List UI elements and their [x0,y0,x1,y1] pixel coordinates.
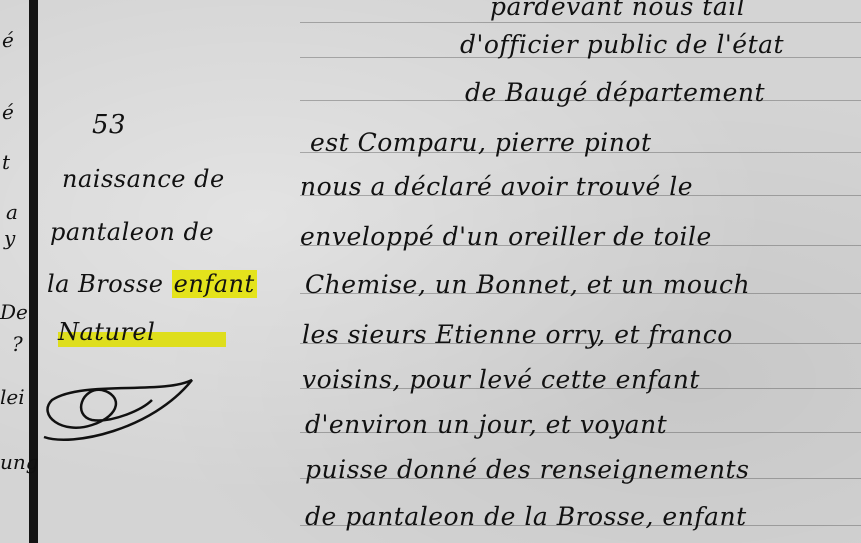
edge-fragment: é [2,100,14,124]
edge-fragment: t [2,150,10,174]
edge-fragment: y [4,226,15,250]
edge-fragment: De [0,300,28,324]
ruled-line [300,22,861,23]
body-line-4: est Comparu, pierre pinot [310,128,652,157]
document-page: é é t a y De ? lei ung 53 naissance de p… [0,0,861,543]
margin-line-4: Naturel [58,318,155,346]
signature-flourish-icon [42,375,202,445]
highlighted-word: enfant [172,270,257,298]
body-line-6: enveloppé d'un oreiller de toile [300,222,712,251]
edge-fragment: é [2,28,14,52]
margin-line-1: naissance de [62,165,225,193]
body-line-8: les sieurs Etienne orry, et franco [302,320,733,349]
edge-fragment: ung [0,450,39,474]
body-line-7: Chemise, un Bonnet, et un mouch [305,270,750,299]
body-line-1: pardevant nous tail [490,0,745,21]
entry-number: 53 [92,110,126,140]
body-line-10: d'environ un jour, et voyant [305,410,667,439]
body-line-12: de pantaleon de la Brosse, enfant [305,502,747,531]
margin-line-2: pantaleon de [50,218,214,246]
body-line-2: d'officier public de l'état [460,30,784,59]
edge-fragment: lei [0,385,25,409]
edge-fragment: ? [12,332,23,356]
body-line-11: puisse donné des renseignements [305,455,749,484]
body-line-9: voisins, pour levé cette enfant [302,365,700,394]
body-line-5: nous a déclaré avoir trouvé le [300,172,693,201]
margin-line-3: la Brosse enfant [47,270,257,298]
edge-fragment: a [6,200,18,224]
body-line-3: de Baugé département [465,78,765,107]
